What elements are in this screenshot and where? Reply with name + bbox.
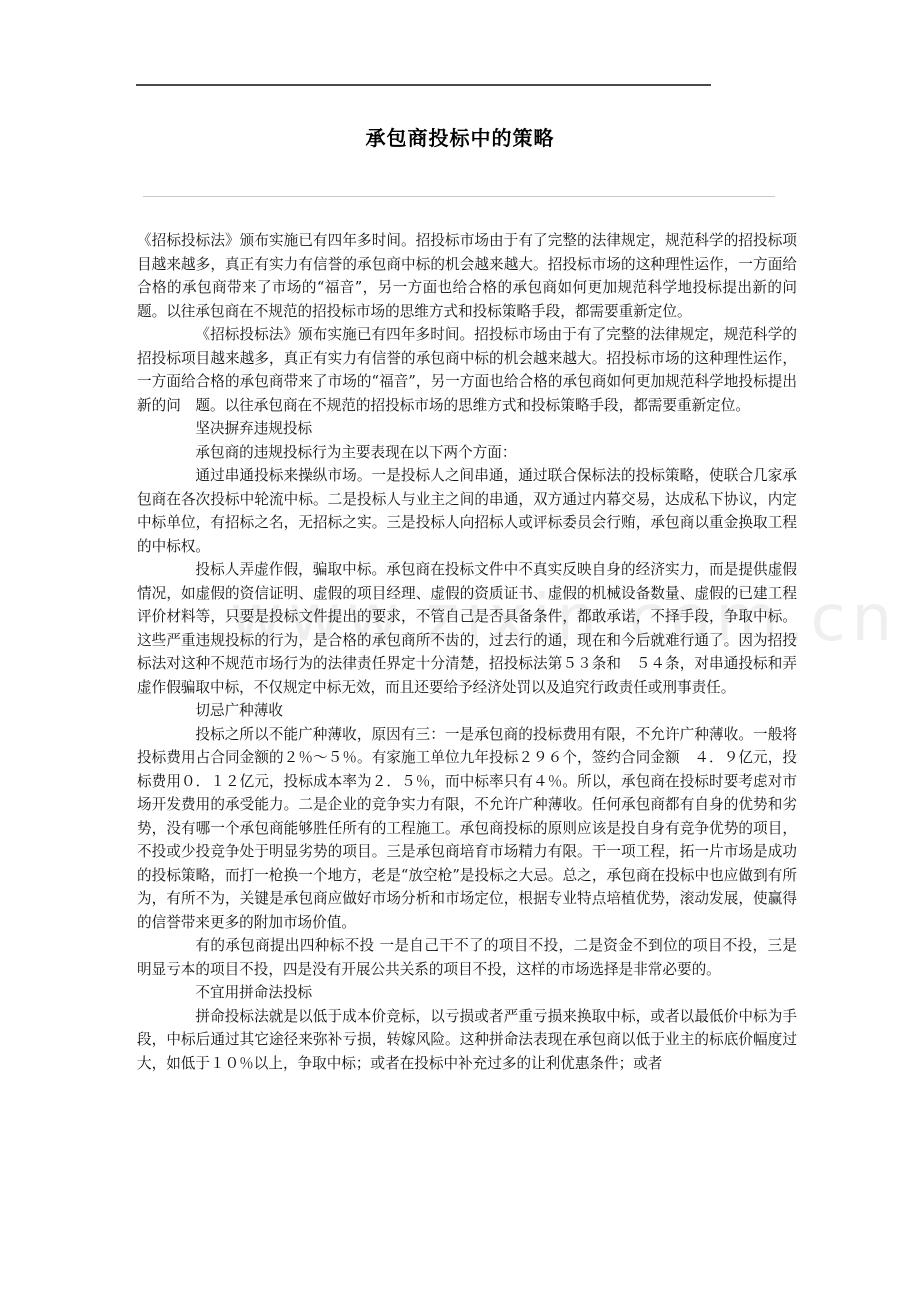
paragraph-four-no-bids: 有的承包商提出四种标不投 一是自己干不了的项目不投，二是资金不到位的项目不投，三… xyxy=(137,934,797,981)
paragraph-broad-bidding: 投标之所以不能广种薄收，原因有三：一是承包商的投标费用有限，不允许广种薄收。一般… xyxy=(137,723,797,935)
intro-paragraph-repeat: 《招标投标法》颁布实施已有四年多时间。招投标市场由于有了完整的法律规定，规范科学… xyxy=(137,323,797,417)
paragraph-violations-intro: 承包商的违规投标行为主要表现在以下两个方面： xyxy=(137,441,797,465)
paragraph-desperate-bidding: 拼命投标法就是以低于成本价竞标，以亏损或者严重亏损来换取中标，或者以最低价中标为… xyxy=(137,1005,797,1076)
intro-paragraph: 《招标投标法》颁布实施已有四年多时间。招投标市场由于有了完整的法律规定，规范科学… xyxy=(137,229,797,323)
document-title: 承包商投标中的策略 xyxy=(0,122,920,151)
paragraph-collusion: 通过串通投标来操纵市场。一是投标人之间串通，通过联合保标法的投标策略，使联合几家… xyxy=(137,464,797,558)
document-body: 《招标投标法》颁布实施已有四年多时间。招投标市场由于有了完整的法律规定，规范科学… xyxy=(137,229,797,1075)
header-rule xyxy=(136,84,711,86)
section-heading-desperate-bidding: 不宜用拼命法投标 xyxy=(137,981,797,1005)
section-heading-violations: 坚决摒弃违规投标 xyxy=(137,417,797,441)
paragraph-fraud: 投标人弄虚作假，骗取中标。承包商在投标文件中不真实反映自身的经济实力，而是提供虚… xyxy=(137,558,797,699)
section-heading-broad-bidding: 切忌广种薄收 xyxy=(137,699,797,723)
title-divider xyxy=(143,196,775,197)
